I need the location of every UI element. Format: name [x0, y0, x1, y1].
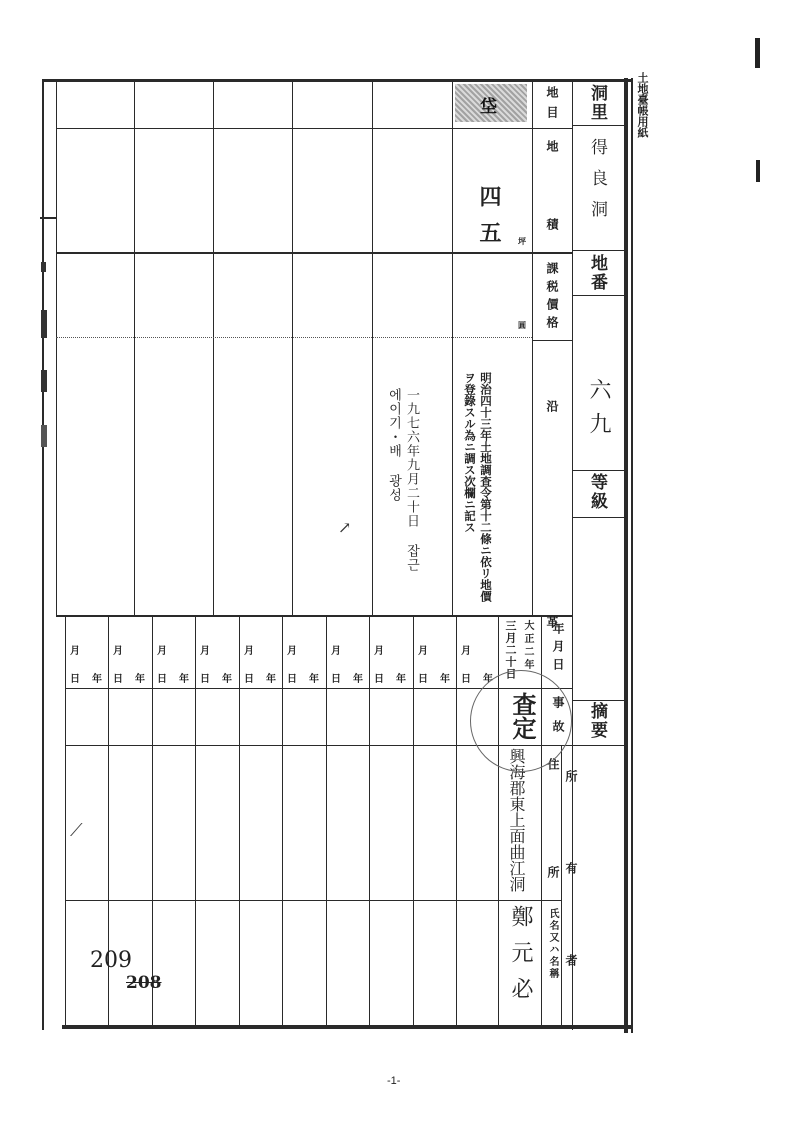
grid-line — [572, 700, 624, 701]
grid-line — [56, 615, 572, 617]
date-year: 年 — [222, 670, 232, 685]
frame-right-outer — [631, 78, 633, 1033]
pen-mark: ↗ — [338, 518, 351, 537]
date-month: 月 — [157, 642, 167, 657]
jimok-stamp-value: 垈 — [480, 92, 497, 117]
binding-mark — [40, 217, 56, 219]
frame-top — [42, 79, 632, 82]
grade-label: 等級 — [585, 473, 610, 511]
dong-ri-value: 得良洞 — [585, 138, 610, 231]
grid-line — [572, 295, 624, 296]
archive-number: 209 — [90, 948, 132, 973]
date-month: 月 — [244, 642, 254, 657]
date-year: 年 — [440, 670, 450, 685]
grid-line — [239, 615, 240, 1025]
address-label-bottom: 所 — [545, 866, 562, 880]
date-day: 日 — [287, 670, 297, 685]
grid-line — [292, 80, 293, 615]
date-year: 年 — [396, 670, 406, 685]
summary-label: 摘要 — [585, 702, 610, 740]
frame-left — [42, 80, 44, 1030]
date-month: 月 — [287, 642, 297, 657]
grid-line — [532, 80, 533, 615]
grid-line — [282, 615, 283, 1025]
tax-unit: 圓 — [518, 320, 526, 331]
grid-line — [572, 745, 624, 746]
history-entry-2: 一九七六年九月二十日 잡근 에이기・배 광성 — [384, 388, 420, 598]
date-year: 年 — [135, 670, 145, 685]
grid-line — [532, 340, 572, 341]
date-day: 日 — [418, 670, 428, 685]
grid-line — [572, 517, 624, 518]
binding-mark — [41, 262, 46, 272]
grid-line — [413, 615, 414, 1025]
grid-line — [561, 745, 562, 1025]
date-day: 日 — [374, 670, 384, 685]
date-day: 日 — [113, 670, 123, 685]
grid-line — [56, 80, 57, 615]
date-day: 日 — [70, 670, 80, 685]
seal-stamp-circle — [470, 670, 572, 772]
tax-value-label: 課税價格 — [544, 262, 561, 334]
entry-era: 大正二年 — [520, 620, 535, 672]
adjacent-page-edge — [756, 160, 760, 182]
date-year: 年 — [179, 670, 189, 685]
grid-line — [456, 615, 457, 1025]
grid-line — [572, 250, 624, 251]
adjacent-page-edge — [755, 38, 760, 68]
date-month: 月 — [331, 642, 341, 657]
area-unit: 坪 — [518, 236, 526, 247]
grid-line — [195, 615, 196, 1025]
grid-line — [152, 615, 153, 1025]
frame-right-thick — [624, 78, 628, 1033]
pen-mark: ⟋ — [70, 820, 83, 841]
date-year: 年 — [92, 670, 102, 685]
date-month: 月 — [374, 642, 384, 657]
grid-line — [326, 615, 327, 1025]
area-value: 四五 — [474, 185, 505, 257]
date-month: 月 — [461, 642, 471, 657]
area-label: 地 積 — [544, 140, 561, 244]
jibeon-label: 地番 — [585, 254, 610, 292]
date-day: 日 — [461, 670, 471, 685]
date-day: 日 — [331, 670, 341, 685]
grid-line — [572, 125, 624, 126]
date-day: 日 — [200, 670, 210, 685]
jibeon-value: 六九 — [583, 378, 614, 446]
dong-ri-label: 洞里 — [585, 84, 610, 122]
jimok-label: 地目 — [544, 86, 561, 126]
date-month: 月 — [200, 642, 210, 657]
grid-line — [65, 900, 561, 901]
grid-line — [56, 128, 572, 129]
page-number: -1- — [387, 1075, 400, 1087]
archive-number-struck: 208 — [126, 973, 162, 993]
grid-line — [572, 470, 624, 471]
grid-line — [369, 615, 370, 1025]
grid-line-dotted — [56, 337, 532, 338]
binding-mark — [41, 310, 47, 338]
date-day: 日 — [244, 670, 254, 685]
date-year: 年 — [266, 670, 276, 685]
grid-line — [372, 80, 373, 615]
date-month: 月 — [418, 642, 428, 657]
grid-line — [213, 80, 214, 615]
entry-owner-name: 鄭元必 — [505, 905, 536, 1013]
date-day: 日 — [157, 670, 167, 685]
binding-mark — [41, 370, 47, 392]
binding-mark — [41, 425, 47, 447]
name-label: 氏名又ハ名稱 — [545, 908, 560, 980]
frame-bottom — [62, 1025, 632, 1029]
date-label: 年月日 — [550, 622, 567, 676]
date-month: 月 — [70, 642, 80, 657]
date-year: 年 — [353, 670, 363, 685]
date-year: 年 — [309, 670, 319, 685]
form-side-title: 土地臺帳用紙 — [634, 72, 650, 138]
grid-line — [134, 80, 135, 615]
grid-line — [452, 80, 453, 615]
date-month: 月 — [113, 642, 123, 657]
owner-group-label: 所有者 — [563, 770, 580, 1046]
grid-line — [65, 615, 66, 1025]
history-entry-1: 明治四十三年土地調査令第十二條ニ依リ地價ヲ登錄スル為ニ調ス次欄ニ記ス — [462, 372, 494, 604]
